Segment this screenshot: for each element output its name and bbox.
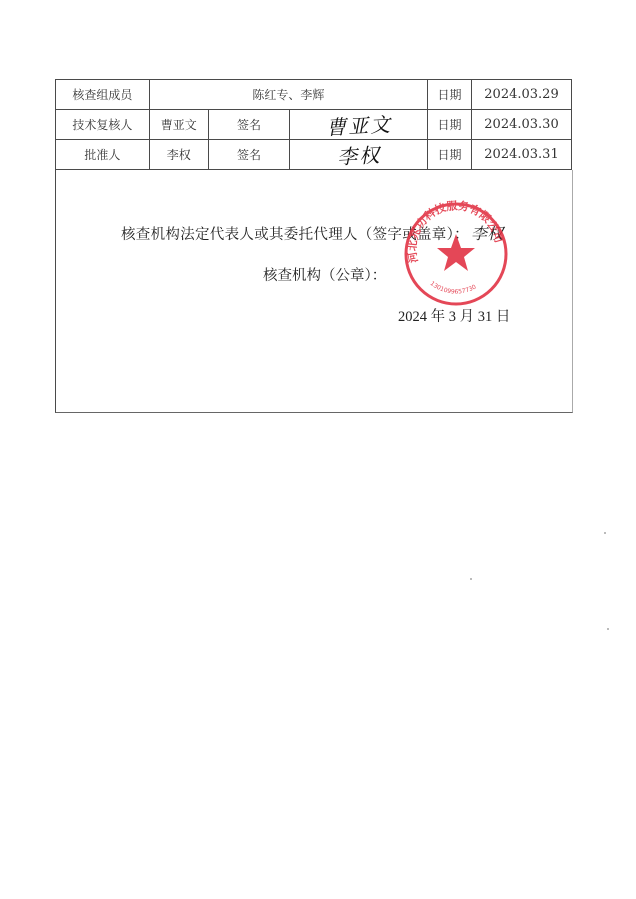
row-label: 核查组成员	[56, 80, 150, 110]
handwritten-signature: 曹亚文	[325, 108, 392, 140]
date-label: 日期	[428, 80, 472, 110]
signature-cell: 李权	[290, 140, 428, 170]
scan-speck	[607, 628, 609, 630]
table-row: 核查组成员 陈红专、李辉 日期 2024.03.29	[56, 80, 572, 110]
approver-name: 李权	[149, 140, 208, 170]
table-row: 技术复核人 曹亚文 签名 曹亚文 日期 2024.03.30	[56, 110, 572, 140]
scan-speck	[470, 578, 472, 580]
row-label: 技术复核人	[56, 110, 150, 140]
agency-seal-line: 核查机构（公章）：	[263, 264, 386, 285]
date-value: 2024.03.31	[472, 140, 572, 170]
team-members: 陈红专、李辉	[149, 80, 427, 110]
review-table: 核查组成员 陈红专、李辉 日期 2024.03.29 技术复核人 曹亚文 签名 …	[55, 79, 572, 170]
sign-date: 2024 年 3 月 31 日	[398, 305, 510, 326]
seal-icon: 河北兆功科技服务有限公司 1301099657730	[402, 200, 510, 308]
official-seal-stamp: 河北兆功科技服务有限公司 1301099657730	[402, 200, 510, 308]
row-label: 批准人	[56, 140, 150, 170]
date-label: 日期	[428, 140, 472, 170]
reviewer-name: 曹亚文	[149, 110, 208, 140]
table-row: 批准人 李权 签名 李权 日期 2024.03.31	[56, 140, 572, 170]
sign-label: 签名	[208, 140, 290, 170]
signature-cell: 曹亚文	[290, 110, 428, 140]
sign-label: 签名	[208, 110, 290, 140]
date-value: 2024.03.29	[472, 80, 572, 110]
date-label: 日期	[428, 110, 472, 140]
handwritten-signature: 李权	[336, 139, 381, 170]
document-page: 核查组成员 陈红专、李辉 日期 2024.03.29 技术复核人 曹亚文 签名 …	[0, 0, 636, 899]
svg-text:1301099657730: 1301099657730	[429, 280, 478, 296]
date-value: 2024.03.30	[472, 110, 572, 140]
scan-speck	[604, 532, 606, 534]
